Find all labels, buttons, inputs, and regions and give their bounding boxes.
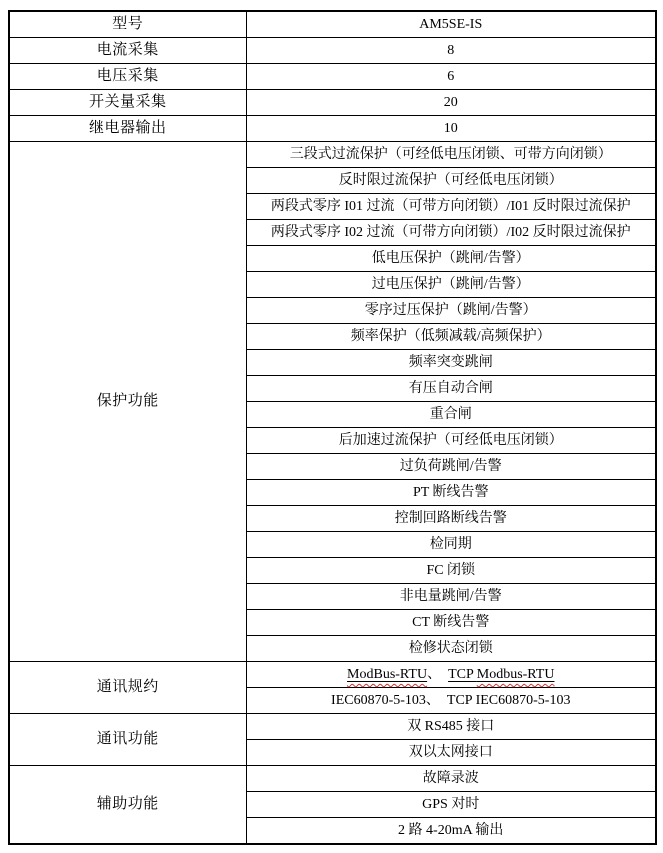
spec-value-protection-functions-5: 过电压保护（跳闸/告警） — [246, 272, 656, 298]
spec-value-switch-input-sampling-0: 20 — [246, 90, 656, 116]
spec-value-protection-functions-2: 两段式零序 I01 过流（可带方向闭锁）/I01 反时限过流保护 — [246, 194, 656, 220]
section-label-auxiliary-functions: 辅助功能 — [9, 766, 246, 845]
spec-row-relay-output-0: 继电器输出10 — [9, 116, 656, 142]
spec-row-model-0: 型号AM5SE-IS — [9, 11, 656, 38]
spec-row-comm-functions-0: 通讯功能双 RS485 接口 — [9, 714, 656, 740]
underlined-text: TCP — [448, 667, 477, 682]
spec-value-comm-protocol-1: IEC60870-5-103、 TCP IEC60870-5-103 — [246, 688, 656, 714]
plain-text: 、 — [427, 667, 448, 682]
spec-value-protection-functions-3: 两段式零序 I02 过流（可带方向闭锁）/I02 反时限过流保护 — [246, 220, 656, 246]
spec-row-auxiliary-functions-0: 辅助功能故障录波 — [9, 766, 656, 792]
spec-value-protection-functions-12: 过负荷跳闸/告警 — [246, 454, 656, 480]
spec-value-model-0: AM5SE-IS — [246, 11, 656, 38]
spec-value-protection-functions-13: PT 断线告警 — [246, 480, 656, 506]
spec-value-protection-functions-14: 控制回路断线告警 — [246, 506, 656, 532]
spec-value-voltage-sampling-0: 6 — [246, 64, 656, 90]
spec-value-protection-functions-9: 有压自动合闸 — [246, 376, 656, 402]
spec-value-relay-output-0: 10 — [246, 116, 656, 142]
spec-value-comm-protocol-0: ModBus-RTU、 TCP Modbus-RTU — [246, 662, 656, 688]
section-label-voltage-sampling: 电压采集 — [9, 64, 246, 90]
spec-value-protection-functions-18: CT 断线告警 — [246, 610, 656, 636]
spec-value-protection-functions-7: 频率保护（低频减载/高频保护） — [246, 324, 656, 350]
spec-value-auxiliary-functions-2: 2 路 4-20mA 输出 — [246, 818, 656, 845]
spec-value-protection-functions-8: 频率突变跳闸 — [246, 350, 656, 376]
section-label-comm-protocol: 通讯规约 — [9, 662, 246, 714]
section-label-model: 型号 — [9, 11, 246, 38]
spec-value-protection-functions-1: 反时限过流保护（可经低电压闭锁） — [246, 168, 656, 194]
spec-value-protection-functions-4: 低电压保护（跳闸/告警） — [246, 246, 656, 272]
page: 型号AM5SE-IS电流采集8电压采集6开关量采集20继电器输出10保护功能三段… — [0, 0, 663, 853]
spec-value-protection-functions-17: 非电量跳闸/告警 — [246, 584, 656, 610]
spec-value-auxiliary-functions-1: GPS 对时 — [246, 792, 656, 818]
spec-value-comm-functions-0: 双 RS485 接口 — [246, 714, 656, 740]
spec-value-protection-functions-19: 检修状态闭锁 — [246, 636, 656, 662]
spec-row-voltage-sampling-0: 电压采集6 — [9, 64, 656, 90]
spec-table-body: 型号AM5SE-IS电流采集8电压采集6开关量采集20继电器输出10保护功能三段… — [9, 11, 656, 844]
spec-value-protection-functions-10: 重合闸 — [246, 402, 656, 428]
spec-value-protection-functions-15: 检同期 — [246, 532, 656, 558]
section-label-protection-functions: 保护功能 — [9, 142, 246, 662]
section-label-switch-input-sampling: 开关量采集 — [9, 90, 246, 116]
section-label-comm-functions: 通讯功能 — [9, 714, 246, 766]
spec-value-protection-functions-11: 后加速过流保护（可经低电压闭锁） — [246, 428, 656, 454]
spec-value-comm-functions-1: 双以太网接口 — [246, 740, 656, 766]
spellcheck-underlined-text: Modbus-RTU — [477, 667, 555, 682]
spec-value-current-sampling-0: 8 — [246, 38, 656, 64]
spec-value-protection-functions-6: 零序过压保护（跳闸/告警） — [246, 298, 656, 324]
spellcheck-underlined-text: ModBus-RTU — [347, 667, 427, 682]
section-label-relay-output: 继电器输出 — [9, 116, 246, 142]
spec-row-switch-input-sampling-0: 开关量采集20 — [9, 90, 656, 116]
spec-value-protection-functions-16: FC 闭锁 — [246, 558, 656, 584]
underlined-text: ModBus-RTU — [347, 667, 427, 682]
underlined-text: Modbus-RTU — [477, 667, 555, 682]
spec-row-current-sampling-0: 电流采集8 — [9, 38, 656, 64]
section-label-current-sampling: 电流采集 — [9, 38, 246, 64]
spec-table: 型号AM5SE-IS电流采集8电压采集6开关量采集20继电器输出10保护功能三段… — [8, 10, 657, 845]
spec-value-protection-functions-0: 三段式过流保护（可经低电压闭锁、可带方向闭锁） — [246, 142, 656, 168]
spec-value-auxiliary-functions-0: 故障录波 — [246, 766, 656, 792]
spec-row-comm-protocol-0: 通讯规约ModBus-RTU、 TCP Modbus-RTU — [9, 662, 656, 688]
spec-row-protection-functions-0: 保护功能三段式过流保护（可经低电压闭锁、可带方向闭锁） — [9, 142, 656, 168]
